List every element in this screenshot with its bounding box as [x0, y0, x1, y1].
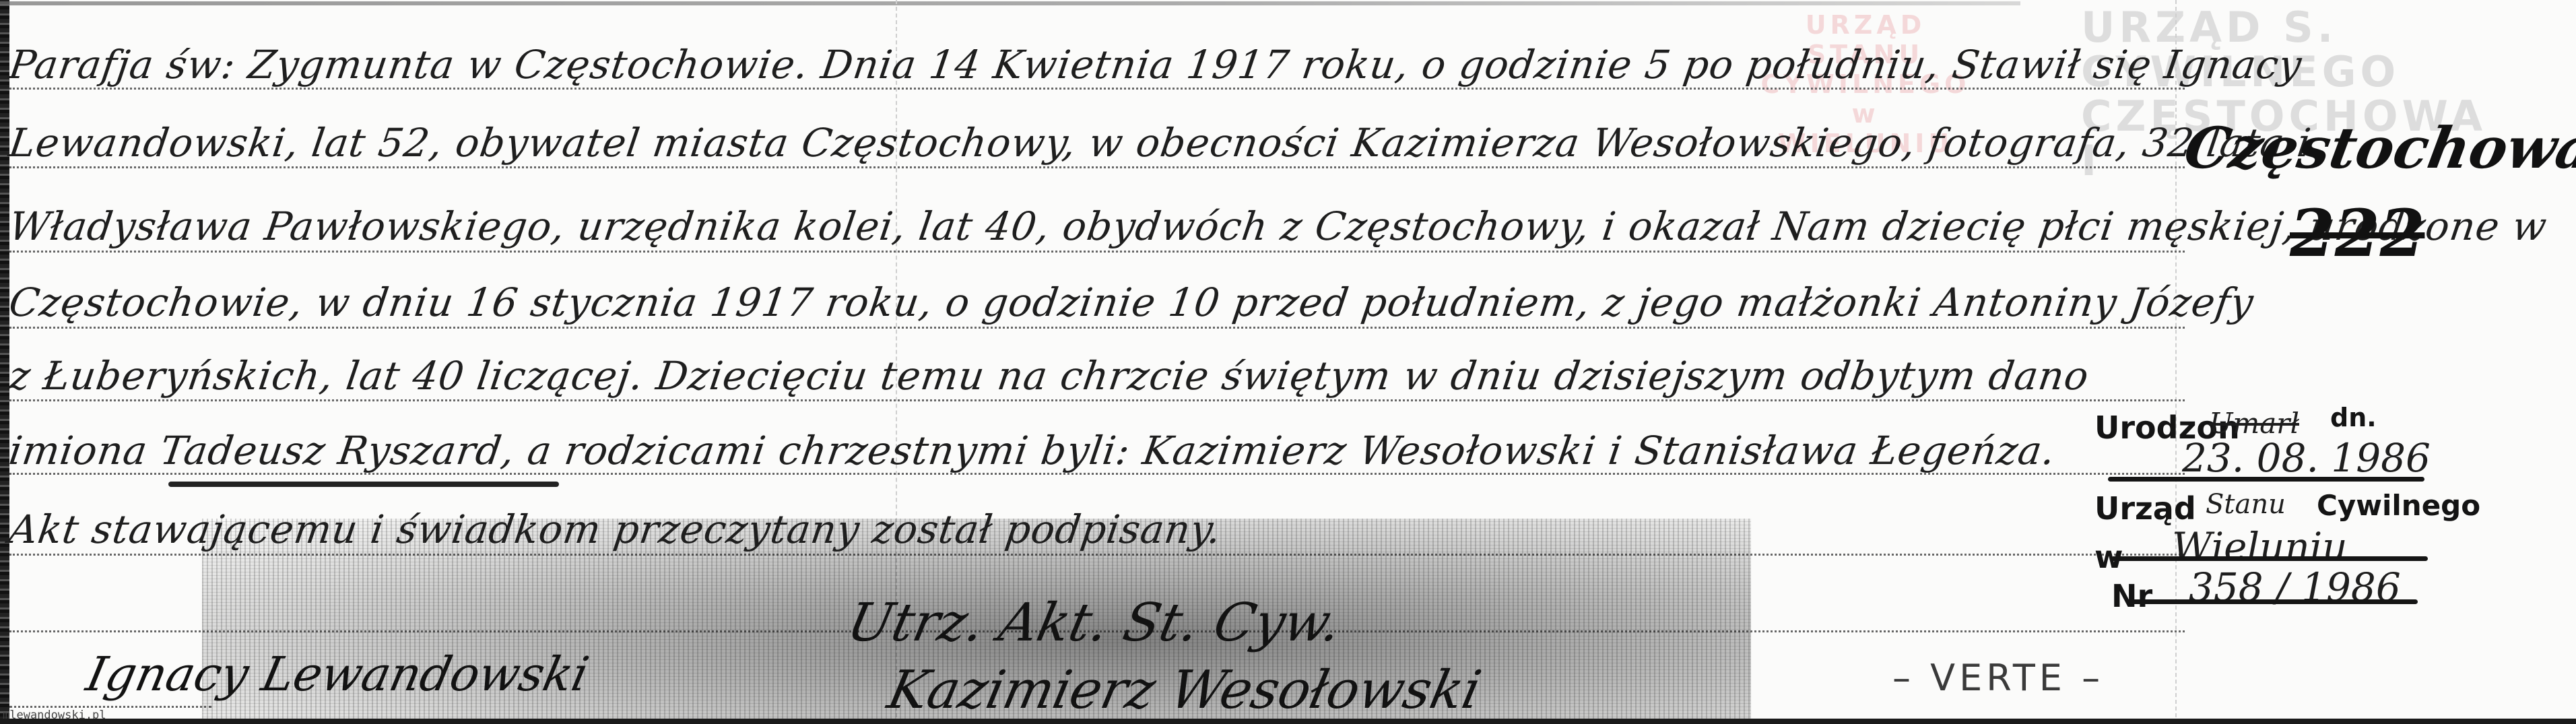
- record-line-5: z Łuberyńskich, lat 40 liczącej. Dziecię…: [6, 353, 2092, 399]
- stamp-label-day: dn.: [2330, 403, 2377, 432]
- stamp-date: 23. 08. 1986: [2182, 435, 2431, 481]
- top-rule: [0, 1, 2020, 5]
- red-stamp-line: URZĄD: [1758, 10, 1973, 40]
- record-line-7: Akt stawającemu i świadkom przeczytany z…: [6, 506, 1224, 552]
- stamp-label-office: Urząd: [2094, 490, 2196, 527]
- ruled-line: [9, 166, 2185, 168]
- stamp-label-state: Stanu: [2206, 489, 2286, 520]
- scan-left-edge: [0, 0, 9, 724]
- stamp-place: Wieluniu: [2172, 524, 2348, 570]
- signature-official: Utrz. Akt. St. Cyw.: [842, 593, 1346, 653]
- record-line-4: Częstochowie, w dniu 16 stycznia 1917 ro…: [6, 279, 2257, 325]
- stamp-rule: [2111, 556, 2428, 561]
- ruled-line: [9, 327, 2185, 329]
- column-guide: [2175, 0, 2177, 724]
- bottom-rule: [0, 719, 2576, 724]
- record-line-2: Lewandowski, lat 52, obywatel miasta Czę…: [6, 120, 2314, 166]
- signature-witness: Kazimierz Wesołowski: [882, 660, 1486, 721]
- ruled-line: [9, 399, 2185, 401]
- record-line-6: imiona Tadeusz Ryszard, a rodzicami chrz…: [6, 428, 2058, 473]
- margin-record-number: 222: [2290, 195, 2424, 271]
- stamp-rule: [2128, 599, 2418, 604]
- record-line-1: Parafja św: Zygmunta w Częstochowie. Dni…: [6, 42, 2305, 88]
- stamp-label-civil: Cywilnego: [2317, 489, 2480, 522]
- ruled-line: [9, 251, 2185, 253]
- ruled-line: [9, 706, 211, 708]
- verte-note: – VERTE –: [1892, 657, 2104, 699]
- signature-declarant: Ignacy Lewandowski: [81, 647, 593, 702]
- child-name-underline: [168, 482, 559, 487]
- stamp-rule: [2108, 477, 2424, 482]
- ruled-line: [9, 88, 2185, 90]
- record-line-3: Władysława Pawłowskiego, urzędnika kolei…: [6, 203, 2550, 249]
- stamp-label-nr: Nr: [2111, 578, 2152, 614]
- margin-city: Częstochowa.: [2179, 114, 2576, 181]
- document-page: URZĄD STANU CYWILNEGO w WIELUNIU URZĄD S…: [0, 0, 2576, 724]
